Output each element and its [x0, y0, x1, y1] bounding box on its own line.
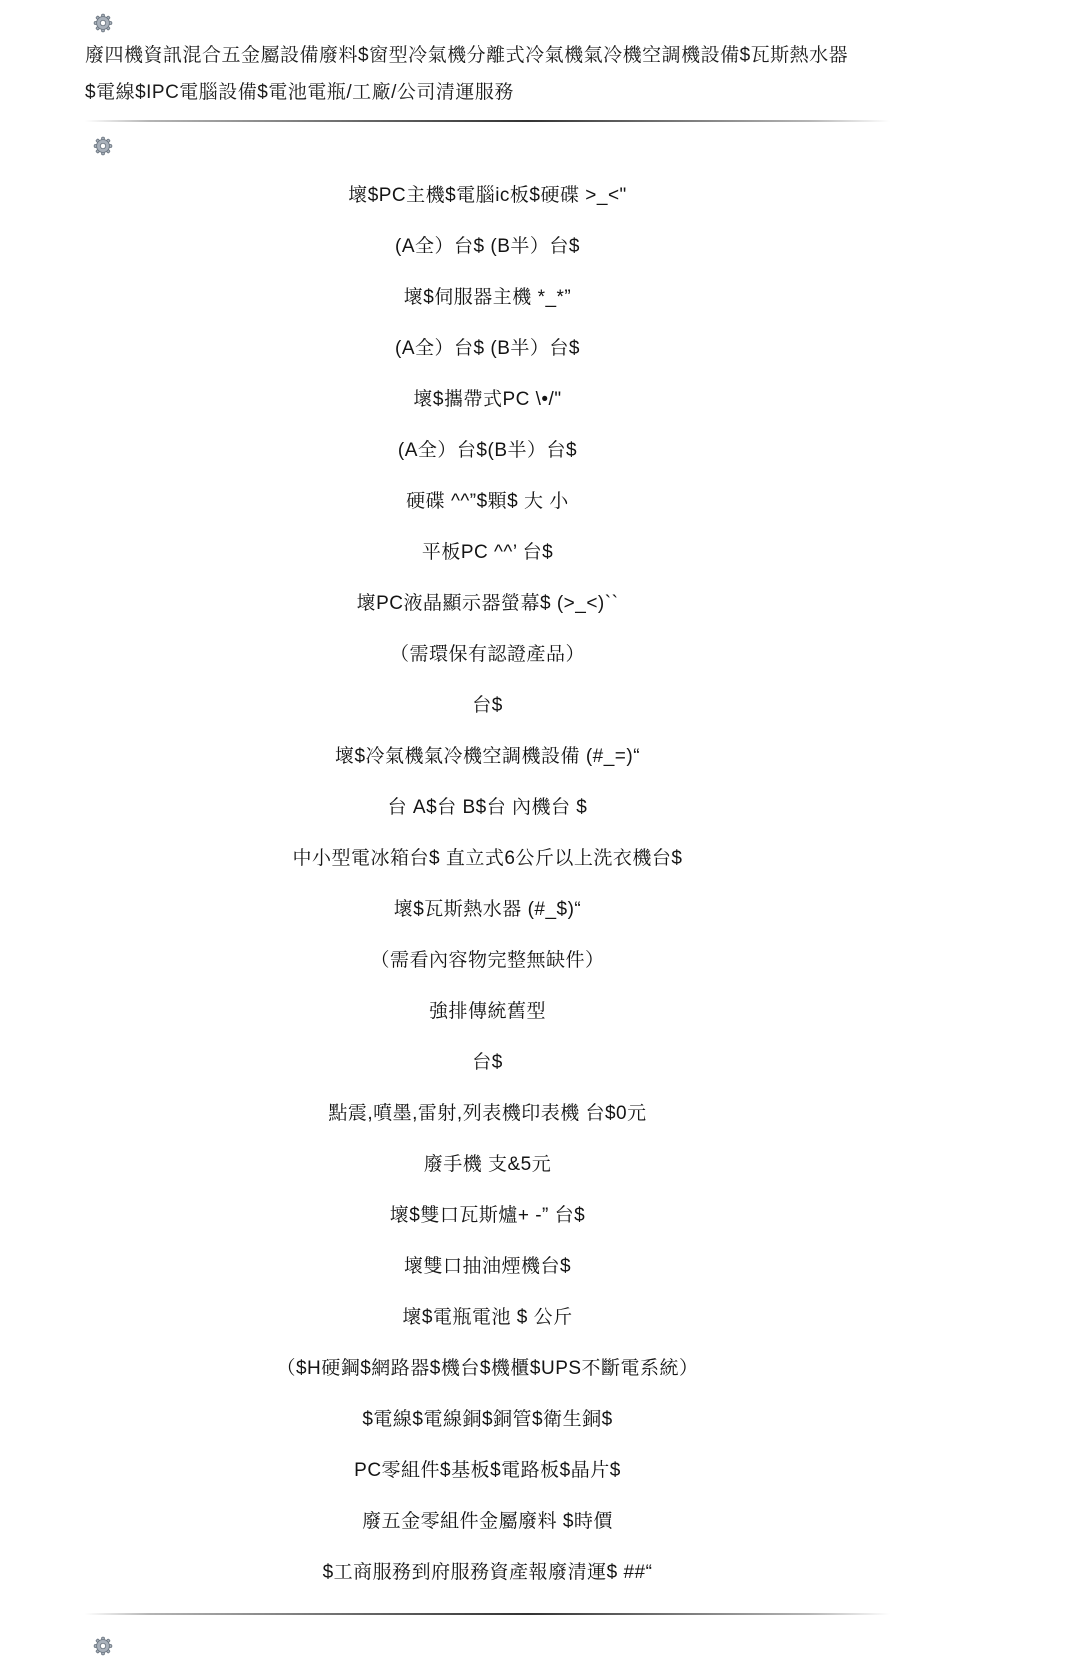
list-line: 台 A$台 B$台 內機台 $ — [85, 797, 890, 819]
list-line: (A全）台$ (B半）台$ — [85, 338, 890, 360]
price-list: 壞$PC主機$電腦ic板$硬碟 >_<" (A全）台$ (B半）台$ 壞$伺服器… — [85, 185, 890, 1584]
list-line: 硬碟 ^^”$顆$ 大 小 — [85, 491, 890, 513]
list-line: (A全）台$(B半）台$ — [85, 440, 890, 462]
list-line: (A全）台$ (B半）台$ — [85, 236, 890, 258]
gear-icon — [93, 1636, 113, 1656]
list-line: 壞$攜帶式PC \•/" — [85, 389, 890, 411]
list-line: 壞$冷氣機氣冷機空調機設備 (#_=)“ — [85, 746, 890, 768]
list-line: 壞$瓦斯熱水器 (#_$)“ — [85, 899, 890, 921]
list-line: 壞$伺服器主機 *_*” — [85, 287, 890, 309]
gear-icon — [93, 136, 113, 156]
list-line: （$H硬鋼$網路器$機台$機櫃$UPS不斷電系統） — [85, 1358, 890, 1380]
section-divider — [85, 120, 890, 122]
list-line: 廢五金零組件金屬廢料 $時價 — [85, 1511, 890, 1533]
list-line: 壞$雙口瓦斯爐+ -” 台$ — [85, 1205, 890, 1227]
list-line: 台$ — [85, 1052, 890, 1074]
list-line: （需看內容物完整無缺件） — [85, 950, 890, 972]
list-line: 點震,噴墨,雷射,列表機印表機 台$0元 — [85, 1103, 890, 1125]
list-line: 中小型電冰箱台$ 直立式6公斤以上洗衣機台$ — [85, 848, 890, 870]
list-line: PC零組件$基板$電路板$晶片$ — [85, 1460, 890, 1482]
list-line: $工商服務到府服務資產報廢清運$ ##“ — [85, 1562, 890, 1584]
list-line: $電線$電線銅$銅管$衛生銅$ — [85, 1409, 890, 1431]
list-line: 壞PC液晶顯示器螢幕$ (>_<)`` — [85, 593, 890, 615]
list-line: 廢手機 支&5元 — [85, 1154, 890, 1176]
gear-icon — [93, 13, 113, 33]
list-line: 壞$電瓶電池 $ 公斤 — [85, 1307, 890, 1329]
section-divider — [85, 1613, 890, 1615]
list-line: 強排傳統舊型 — [85, 1001, 890, 1023]
content-column: 廢四機資訊混合五金屬設備廢料$窗型冷氣機分離式冷氣機氣冷機空調機設備$瓦斯熱水器… — [85, 13, 890, 1656]
page-title: 廢四機資訊混合五金屬設備廢料$窗型冷氣機分離式冷氣機氣冷機空調機設備$瓦斯熱水器… — [85, 37, 863, 111]
list-line: 壞雙口抽油煙機台$ — [85, 1256, 890, 1278]
list-line: 台$ — [85, 695, 890, 717]
list-line: （需環保有認證產品） — [85, 644, 890, 666]
list-line: 平板PC ^^’ 台$ — [85, 542, 890, 564]
document-page: 廢四機資訊混合五金屬設備廢料$窗型冷氣機分離式冷氣機氣冷機空調機設備$瓦斯熱水器… — [0, 0, 1080, 1656]
list-line: 壞$PC主機$電腦ic板$硬碟 >_<" — [85, 185, 890, 207]
